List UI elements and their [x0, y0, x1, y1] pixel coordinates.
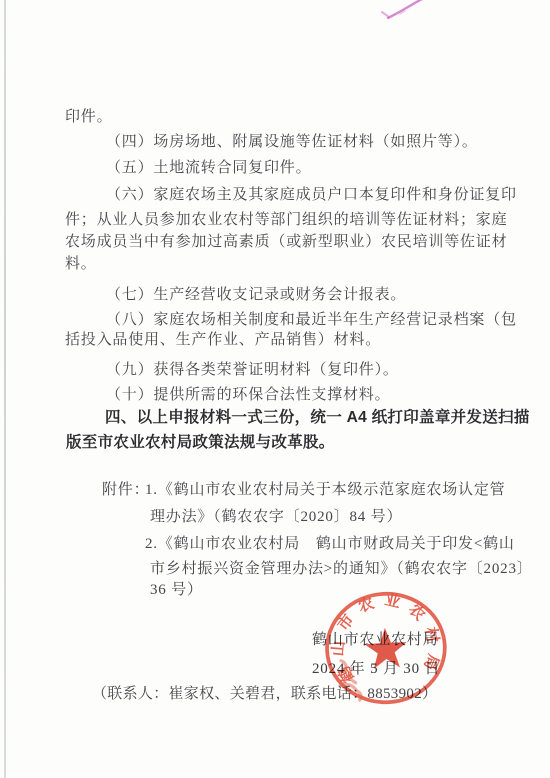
text-line: （九）获得各类荣誉证明材料（复印件）。 — [106, 358, 399, 383]
text-line: （五）土地流转合同复印件。 — [106, 156, 311, 181]
text-line: 版至市农业农村局政策法规与改革股。 — [66, 430, 335, 455]
document-page: 印件。（四）场房场地、附属设施等佐证材料（如照片等）。（五）土地流转合同复印件。… — [0, 0, 550, 778]
scan-edge-line — [4, 0, 6, 778]
attachment-item: 1.《鹤山市农业农村局关于本级示范家庭农场认定管 — [145, 478, 505, 503]
text-line: 料。 — [65, 252, 97, 277]
text-line: 四、以上申报材料一式三份，统一 A4 纸打印盖章并发送扫描 — [105, 405, 530, 430]
pink-pen-mark — [360, 0, 450, 40]
attachment-item: 2.《鹤山市农业农村局 鹤山市财政局关于印发<鹤山 — [145, 532, 515, 557]
official-seal: 鹤山市农业农村局 — [321, 587, 453, 711]
attachment-item: 理办法》（鹤农农字〔2020〕84 号） — [150, 505, 402, 530]
text-line: （六）家庭农场主及其家庭成员户口本复印件和身份证复印 — [106, 183, 517, 208]
text-line: 括投入品使用、生产作业、产品销售）材料。 — [65, 328, 381, 353]
text-line: （七）生产经营收支记录或财务会计报表。 — [106, 283, 406, 308]
text-line: 农场成员当中有参加过高素质（或新型职业）农民培训等佐证材 — [65, 230, 507, 255]
attachment-item: 市乡村振兴资金管理办法>的通知》（鹤农农字〔2023〕 — [150, 557, 533, 582]
text-line: （四）场房场地、附属设施等佐证材料（如照片等）。 — [106, 130, 478, 155]
attachment-label: 附件： — [102, 478, 149, 503]
attachment-item: 36 号） — [150, 578, 203, 603]
seal-star-icon — [364, 627, 408, 669]
text-line: 印件。 — [65, 105, 112, 130]
